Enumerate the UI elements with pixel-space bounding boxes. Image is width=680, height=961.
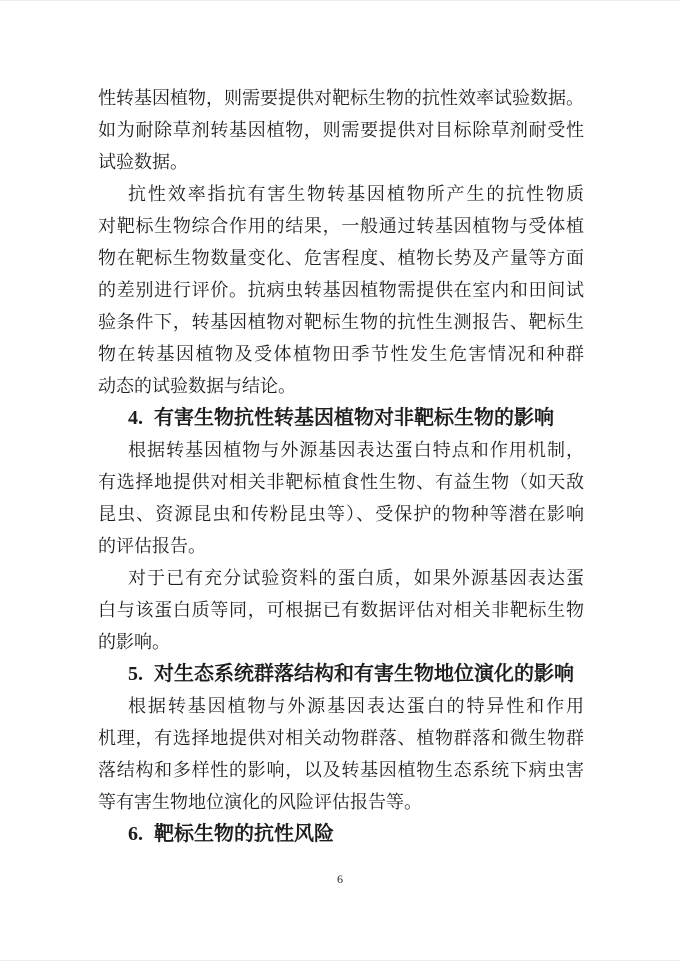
heading-number: 4. [128,407,143,429]
text-line: 根据转基因植物与外源基因表达蛋白特点和作用机制， [98,434,584,466]
text-line: 抗性效率指抗有害生物转基因植物所产生的抗性物质 [98,178,584,210]
text-line: 有选择地提供对相关非靶标植食性生物、有益生物（如天敌 [98,466,584,498]
text-line: 如为耐除草剂转基因植物，则需要提供对目标除草剂耐受性 [98,114,584,146]
text-line: 白与该蛋白质等同，可根据已有数据评估对相关非靶标生物 [98,594,584,626]
text-line: 落结构和多样性的影响，以及转基因植物生态系统下病虫害 [98,754,584,786]
text-line: 昆虫、资源昆虫和传粉昆虫等）、受保护的物种等潜在影响 [98,498,584,530]
text-line: 性转基因植物，则需要提供对靶标生物的抗性效率试验数据。 [98,82,584,114]
heading-title: 靶标生物的抗性风险 [154,823,334,845]
heading-title: 对生态系统群落结构和有害生物地位演化的影响 [154,663,574,685]
text-line: 验条件下，转基因植物对靶标生物的抗性生测报告、靶标生 [98,306,584,338]
text-line: 对于已有充分试验资料的蛋白质，如果外源基因表达蛋 [98,562,584,594]
heading-number: 6. [128,823,143,845]
text-line: 对靶标生物综合作用的结果，一般通过转基因植物与受体植 [98,210,584,242]
text-line: 根据转基因植物与外源基因表达蛋白的特异性和作用 [98,690,584,722]
section-heading: 4.有害生物抗性转基因植物对非靶标生物的影响 [98,402,584,434]
text-line: 物在靶标生物数量变化、危害程度、植物长势及产量等方面 [98,242,584,274]
section-heading: 5.对生态系统群落结构和有害生物地位演化的影响 [98,658,584,690]
text-line: 的影响。 [98,626,584,658]
text-line: 机理，有选择地提供对相关动物群落、植物群落和微生物群 [98,722,584,754]
text-block: 性转基因植物，则需要提供对靶标生物的抗性效率试验数据。如为耐除草剂转基因植物，则… [98,82,584,850]
section-heading: 6.靶标生物的抗性风险 [98,818,584,850]
heading-title: 有害生物抗性转基因植物对非靶标生物的影响 [154,407,554,429]
text-line: 物在转基因植物及受体植物田季节性发生危害情况和种群 [98,338,584,370]
page-number: 6 [0,871,680,887]
text-line: 动态的试验数据与结论。 [98,370,584,402]
text-line: 的评估报告。 [98,530,584,562]
text-line: 等有害生物地位演化的风险评估报告等。 [98,786,584,818]
text-line: 试验数据。 [98,146,584,178]
text-line: 的差别进行评价。抗病虫转基因植物需提供在室内和田间试 [98,274,584,306]
document-page: 性转基因植物，则需要提供对靶标生物的抗性效率试验数据。如为耐除草剂转基因植物，则… [0,0,680,961]
heading-number: 5. [128,663,143,685]
